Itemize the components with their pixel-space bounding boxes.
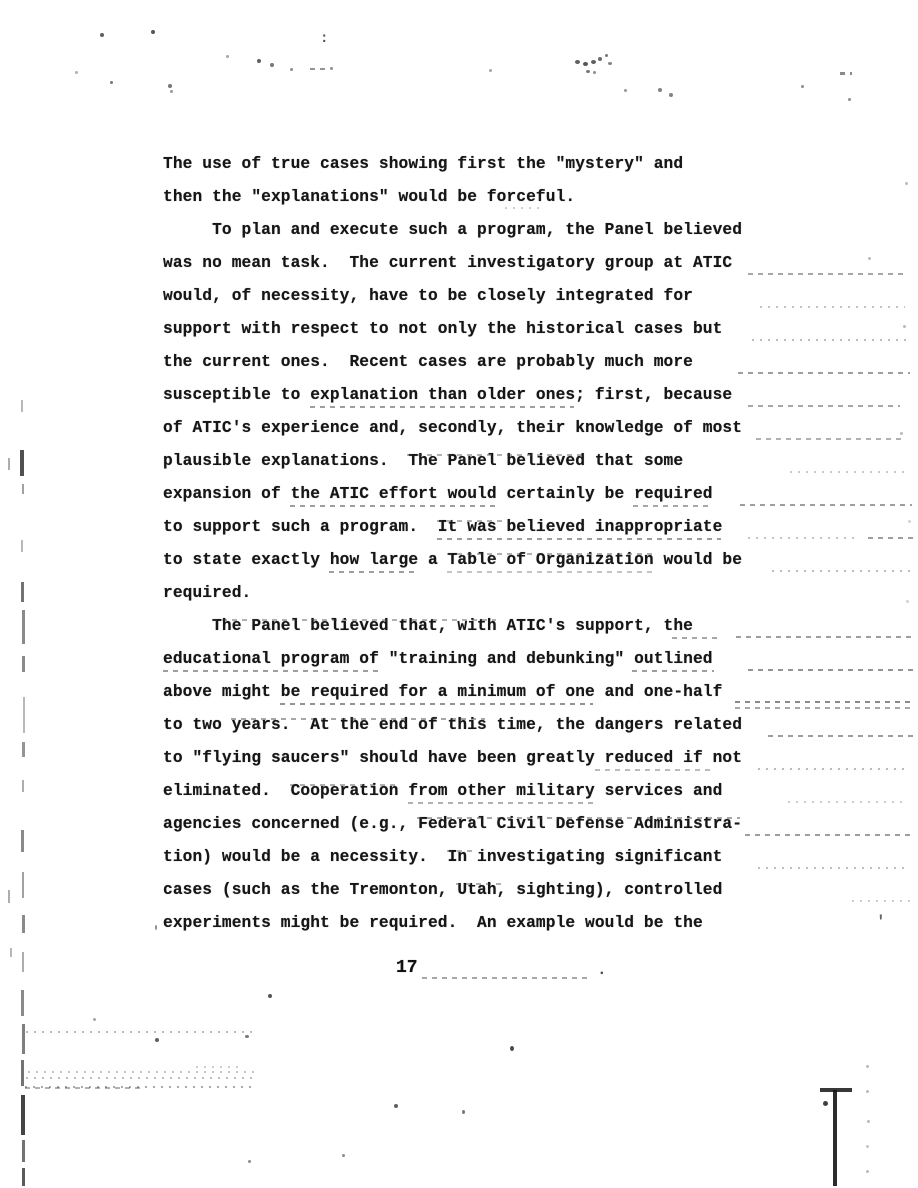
scan-artifact-dash — [417, 817, 740, 819]
scan-artifact-dash — [736, 636, 914, 638]
scan-artifact-glyph: ' — [876, 914, 886, 930]
scan-artifact-dash — [310, 406, 574, 408]
text-line: plausible explanations. The Panel believ… — [163, 445, 803, 478]
text-line: to two years. At the end of this time, t… — [163, 709, 803, 742]
scan-artifact-dots — [748, 537, 860, 539]
scan-artifact-speck — [170, 90, 173, 93]
scan-artifact-dash — [748, 405, 900, 407]
scan-artifact-bar — [21, 830, 24, 852]
scan-artifact-dash — [408, 802, 594, 804]
scan-artifact-glyph: . — [597, 962, 607, 978]
scan-artifact-dots — [758, 768, 908, 770]
scan-artifact-speck — [342, 1154, 345, 1157]
scan-artifact-speck — [593, 71, 596, 74]
scan-artifact-bar — [21, 400, 23, 412]
scan-artifact-speck — [669, 93, 673, 97]
scan-artifact-dash — [738, 372, 910, 374]
scan-artifact-dots — [788, 801, 906, 803]
scan-artifact-dash — [231, 718, 485, 720]
scan-artifact-dash — [735, 701, 915, 703]
text-line: tion) would be a necessity. In investiga… — [163, 841, 803, 874]
scan-artifact-speck — [462, 1110, 465, 1114]
scan-artifact-dash — [633, 505, 711, 507]
scan-artifact-dots — [772, 570, 912, 572]
scan-artifact-bar — [21, 582, 24, 602]
page-number: 17 — [396, 955, 418, 981]
scan-artifact-speck — [155, 1038, 159, 1042]
scan-artifact-dots — [196, 1066, 244, 1068]
scan-artifact-speck — [866, 1170, 869, 1173]
body-text: The use of true cases showing first the … — [163, 148, 803, 940]
scan-artifact-speck — [906, 600, 909, 603]
scan-artifact-dash — [745, 834, 915, 836]
scan-artifact-bar — [10, 948, 12, 957]
scan-artifact-dash — [632, 670, 714, 672]
scan-artifact-bar — [833, 1090, 837, 1186]
scan-artifact-dash — [672, 637, 722, 639]
scan-artifact-speck — [624, 89, 627, 92]
scan-artifact-dots — [852, 900, 914, 902]
scan-artifact-bar — [22, 872, 24, 898]
scan-artifact-dash — [212, 619, 496, 621]
scan-artifact-speck — [905, 182, 908, 185]
scan-artifact-speck — [866, 1145, 869, 1148]
scan-artifact-speck — [290, 68, 293, 71]
scan-artifact-dash — [748, 669, 914, 671]
scan-artifact-dash — [456, 883, 501, 885]
scan-artifact-dash — [595, 769, 715, 771]
text-line: experiments might be required. An exampl… — [163, 907, 803, 940]
scan-artifact-speck — [848, 98, 851, 101]
scan-artifact-speck — [900, 432, 903, 435]
text-line: required. — [163, 577, 803, 610]
scan-artifact-speck — [226, 55, 229, 58]
scan-artifact-dash — [280, 703, 593, 705]
scan-artifact-bar — [22, 780, 24, 792]
scan-artifact-speck — [248, 1160, 251, 1163]
text-line: agencies concerned (e.g., Federal Civil … — [163, 808, 803, 841]
scan-artifact-dots — [26, 1077, 256, 1079]
scan-artifact-dots — [752, 339, 912, 341]
scan-artifact-speck — [330, 67, 333, 70]
scan-artifact-speck — [100, 33, 104, 37]
scan-artifact-dots — [760, 306, 905, 308]
scan-artifact-speck — [575, 60, 580, 64]
scan-artifact-dots — [26, 1031, 258, 1033]
scan-artifact-dash — [748, 273, 908, 275]
text-line: would, of necessity, have to be closely … — [163, 280, 803, 313]
scan-artifact-bar — [22, 915, 25, 933]
scan-artifact-bar — [22, 1168, 25, 1186]
scan-artifact-dash — [437, 520, 502, 522]
scan-artifact-dash — [163, 670, 378, 672]
scanned-document-page: The use of true cases showing first the … — [0, 0, 918, 1188]
scan-artifact-dash — [768, 735, 916, 737]
scan-artifact-speck — [394, 1104, 398, 1108]
scan-artifact-speck — [591, 60, 596, 64]
scan-artifact-bar — [22, 656, 25, 672]
text-line: To plan and execute such a program, the … — [163, 214, 803, 247]
scan-artifact-dots — [790, 471, 905, 473]
scan-artifact-bar — [20, 450, 24, 476]
scan-artifact-speck — [801, 85, 804, 88]
scan-artifact-bar — [21, 990, 24, 1016]
scan-artifact-glyph: : — [320, 32, 328, 46]
scan-artifact-speck — [75, 71, 78, 74]
scan-artifact-bar — [22, 1024, 25, 1054]
text-line: then the "explanations" would be forcefu… — [163, 181, 803, 214]
scan-artifact-speck — [903, 325, 906, 328]
scan-artifact-speck — [168, 84, 172, 88]
scan-artifact-speck — [605, 54, 608, 57]
scan-artifact-dash — [756, 438, 906, 440]
scan-artifact-bar — [22, 1140, 25, 1162]
scan-artifact-speck — [658, 88, 662, 92]
scan-artifact-dash — [447, 850, 472, 852]
scan-artifact-dash — [310, 68, 326, 70]
scan-artifact-dash — [840, 72, 852, 75]
scan-artifact-dash — [329, 571, 417, 573]
scan-artifact-bar — [22, 742, 25, 757]
scan-artifact-speck — [823, 1101, 828, 1106]
scan-artifact-speck — [598, 57, 602, 61]
scan-artifact-speck — [868, 257, 871, 260]
scan-artifact-bar — [21, 540, 23, 552]
scan-artifact-dash — [407, 454, 583, 456]
scan-artifact-speck — [268, 994, 272, 998]
scan-artifact-bar — [22, 484, 24, 494]
scan-artifact-dots — [28, 1071, 256, 1073]
scan-artifact-bar — [22, 952, 24, 972]
scan-artifact-speck — [583, 62, 588, 66]
scan-artifact-speck — [866, 1090, 869, 1093]
scan-artifact-dash — [740, 504, 912, 506]
text-line: of ATIC's experience and, secondly, thei… — [163, 412, 803, 445]
scan-artifact-dots — [758, 867, 908, 869]
scan-artifact-dash — [290, 784, 398, 786]
scan-artifact-dash — [735, 707, 915, 709]
scan-artifact-speck — [510, 1046, 514, 1051]
scan-artifact-dash — [868, 537, 913, 539]
scan-artifact-speck — [608, 62, 612, 65]
scan-artifact-speck — [270, 63, 274, 67]
text-line: was no mean task. The current investigat… — [163, 247, 803, 280]
scan-artifact-dash — [437, 538, 721, 540]
text-line: cases (such as the Tremonton, Utah, sigh… — [163, 874, 803, 907]
scan-artifact-dots — [505, 207, 539, 209]
scan-artifact-dash — [290, 505, 495, 507]
scan-artifact-dash — [447, 553, 652, 555]
scan-artifact-speck — [257, 59, 261, 63]
scan-artifact-bar — [21, 1095, 25, 1135]
scan-artifact-bar — [8, 890, 10, 903]
scan-artifact-dash — [422, 977, 588, 979]
scan-artifact-speck — [867, 1120, 870, 1123]
scan-artifact-speck — [151, 30, 155, 34]
scan-artifact-speck — [908, 520, 911, 523]
scan-artifact-speck — [93, 1018, 96, 1021]
text-line: The use of true cases showing first the … — [163, 148, 803, 181]
text-line: the current ones. Recent cases are proba… — [163, 346, 803, 379]
scan-artifact-bar — [8, 458, 10, 470]
scan-artifact-speck — [245, 1035, 249, 1038]
scan-artifact-speck — [586, 70, 590, 73]
scan-artifact-speck — [155, 925, 157, 930]
scan-artifact-bar — [23, 697, 25, 733]
scan-artifact-dash — [447, 571, 652, 573]
scan-artifact-speck — [110, 81, 113, 84]
scan-artifact-dash — [25, 1087, 145, 1089]
scan-artifact-bar — [22, 610, 25, 644]
scan-artifact-bar — [21, 1060, 24, 1086]
text-line: support with respect to not only the his… — [163, 313, 803, 346]
scan-artifact-speck — [489, 69, 492, 72]
scan-artifact-speck — [866, 1065, 869, 1068]
